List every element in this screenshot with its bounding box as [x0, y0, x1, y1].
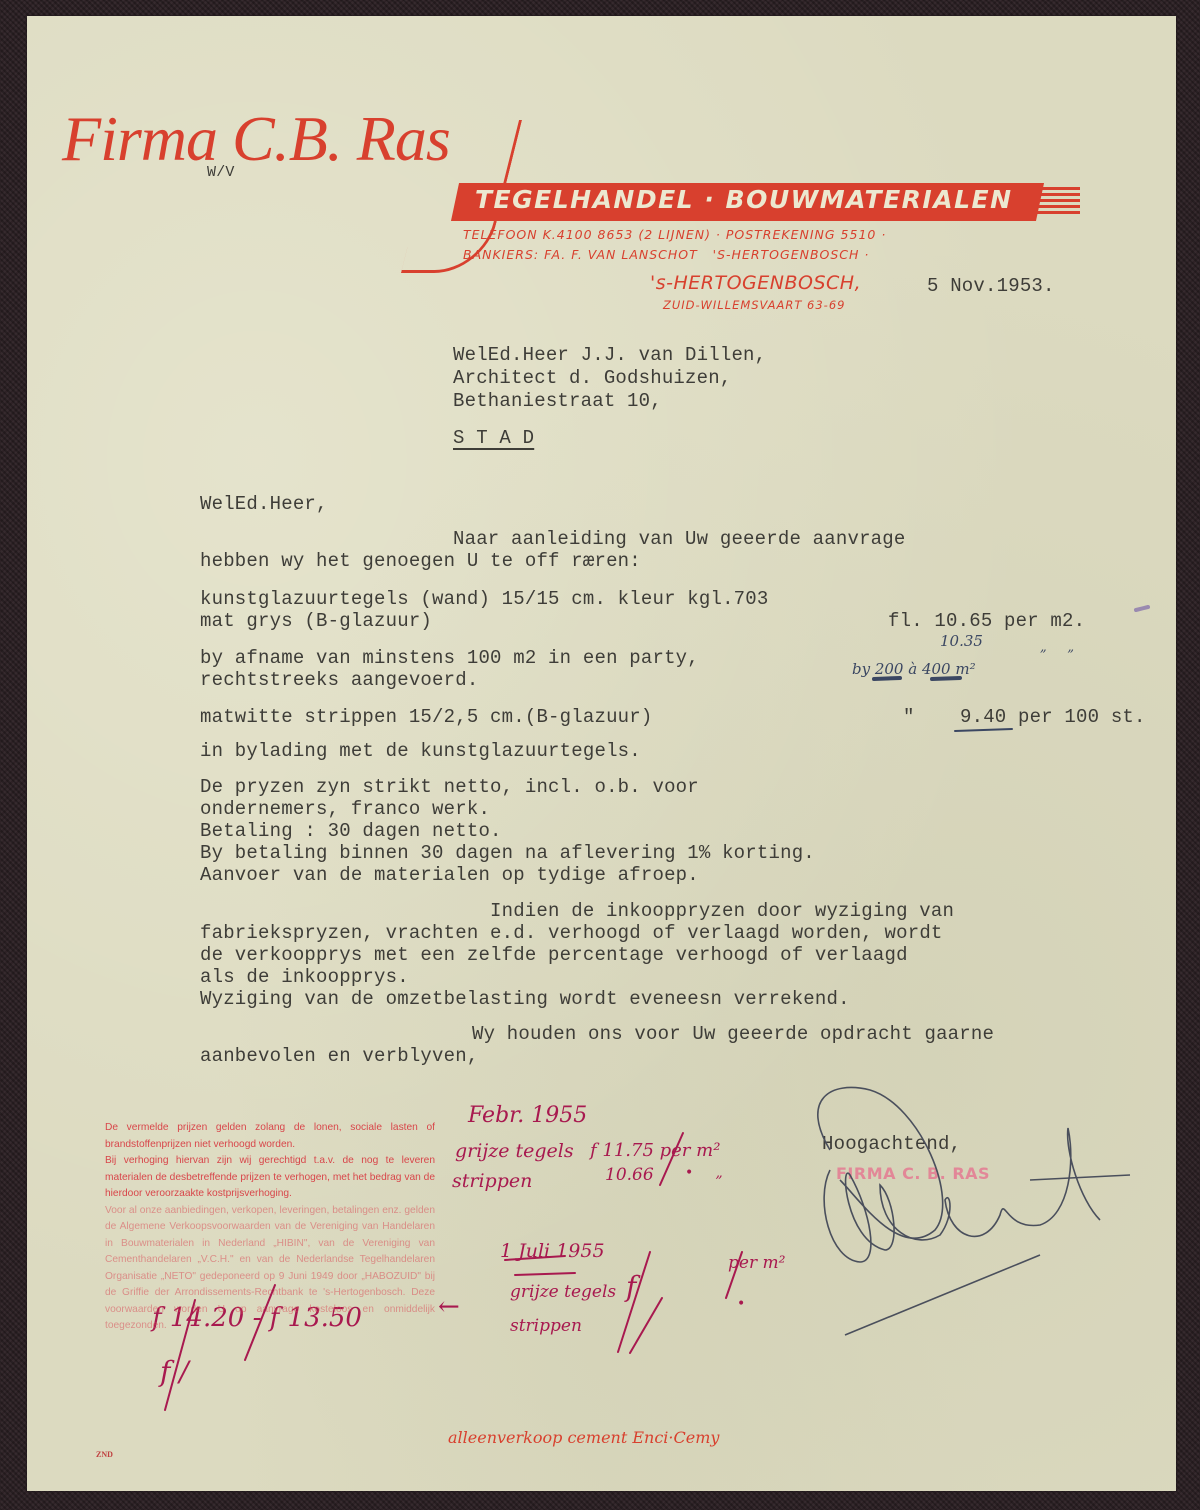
clause-line5: Wyziging van de omzetbelasting wordt eve…	[200, 988, 850, 1010]
banner-speed-lines	[1035, 187, 1080, 217]
handwritten-feb-ditto: • „	[685, 1165, 723, 1181]
company-stamp: FIRMA C. B. RAS	[836, 1164, 990, 1183]
print-code: ZND	[96, 1450, 113, 1459]
terms-line4: By betaling binnen 30 dagen na afleverin…	[200, 842, 815, 864]
letterhead-address: ZUID-WILLEMSVAART 63-69	[663, 298, 845, 312]
salutation: WelEd.Heer,	[200, 493, 328, 515]
handwritten-left-f: f /	[160, 1355, 189, 1388]
letter-date: 5 Nov.1953.	[927, 275, 1055, 297]
clause-line3: de verkoopprys met een zelfde percentage…	[200, 944, 908, 966]
intro-line1: Naar aanleiding van Uw geeerde aanvrage	[453, 528, 905, 550]
printed-conditions: De vermelde prijzen gelden zolang de lon…	[105, 1120, 435, 1335]
letterhead-contact-line2: BANKIERS: FA. F. VAN LANSCHOT 'S-HERTOGE…	[463, 247, 869, 262]
closing-line2: aanbevolen en verblyven,	[200, 1045, 478, 1067]
item2-description: matwitte strippen 15/2,5 cm.(B-glazuur)	[200, 706, 652, 728]
arrow-icon: ←	[438, 1292, 460, 1322]
greeting: Hoogachtend,	[822, 1133, 961, 1155]
company-logo-script: Firma C.B. Ras	[62, 102, 450, 176]
item2-ditto-mark: "	[903, 706, 915, 728]
item1-description: kunstglazuurtegels (wand) 15/15 cm. kleu…	[200, 588, 769, 610]
handwritten-jul-tiles: grijze tegels	[510, 1282, 616, 1302]
conditions-paragraph3: Voor al onze aanbiedingen, verkopen, lev…	[105, 1203, 435, 1335]
pencil-revised-price: 10.35	[940, 632, 983, 650]
clause-line4: als de inkoopprys.	[200, 966, 409, 988]
letterhead-banner-text: TEGELHANDEL · BOUWMATERIALEN	[475, 185, 1013, 214]
handwritten-jul-strips: strippen	[510, 1316, 582, 1336]
letterhead-contact-line1: TELEFOON K.4100 8653 (2 LIJNEN) · POSTRE…	[463, 227, 886, 242]
condition-line2: rechtstreeks aangevoerd.	[200, 669, 478, 691]
conditions-paragraph1: De vermelde prijzen gelden zolang de lon…	[105, 1120, 435, 1153]
closing-line1: Wy houden ons voor Uw geeerde opdracht g…	[472, 1023, 994, 1045]
handwritten-feb-strip-price: 10.66	[605, 1165, 654, 1185]
letterhead-city: 's-HERTOGENBOSCH,	[650, 272, 861, 294]
clause-line2: fabriekspryzen, vrachten e.d. verhoogd o…	[200, 922, 943, 944]
item1-finish: mat grys (B-glazuur)	[200, 610, 432, 632]
handwritten-jul-date: 1 Juli 1955	[500, 1240, 605, 1262]
terms-line1: De pryzen zyn strikt netto, incl. o.b. v…	[200, 776, 699, 798]
conditions-paragraph2: Bij verhoging hiervan zijn wij gerechtig…	[105, 1153, 435, 1203]
recipient-street: Bethaniestraat 10,	[453, 390, 662, 412]
footer-slogan: alleenverkoop cement Enci·Cemy	[448, 1428, 719, 1447]
handwritten-feb-tile-price: f 11.75 per m²	[590, 1140, 720, 1161]
handwritten-feb-tiles: grijze tegels	[455, 1140, 574, 1162]
reference-code: W/V	[207, 162, 235, 184]
pencil-ditto-marks: „ „	[1040, 640, 1074, 655]
condition-line1: by afname van minstens 100 m2 in een par…	[200, 647, 699, 669]
recipient-name: WelEd.Heer J.J. van Dillen,	[453, 344, 766, 366]
recipient-city: S T A D	[453, 427, 534, 449]
item2-note: in bylading met de kunstglazuurtegels.	[200, 740, 641, 762]
handwritten-jul-price-mark: f	[626, 1270, 636, 1303]
handwritten-jul-per-unit: per m²	[728, 1253, 785, 1273]
intro-line2: hebben wy het genoegen U te off ræren:	[200, 550, 641, 572]
handwritten-feb-date: Febr. 1955	[468, 1103, 587, 1128]
terms-line2: ondernemers, franco werk.	[200, 798, 490, 820]
handwritten-feb-strips: strippen	[452, 1170, 532, 1192]
item2-price: 9.40 per 100 st.	[960, 706, 1146, 728]
terms-line3: Betaling : 30 dagen netto.	[200, 820, 502, 842]
clause-line1: Indien de inkooppryzen door wyziging van	[490, 900, 954, 922]
recipient-title: Architect d. Godshuizen,	[453, 367, 731, 389]
handwritten-jul-dot: •	[737, 1296, 745, 1312]
terms-line5: Aanvoer van de materialen op tydige afro…	[200, 864, 699, 886]
pencil-quantity-range: by 200 à 400 m²	[852, 660, 976, 678]
item1-price: fl. 10.65 per m2.	[888, 610, 1085, 632]
